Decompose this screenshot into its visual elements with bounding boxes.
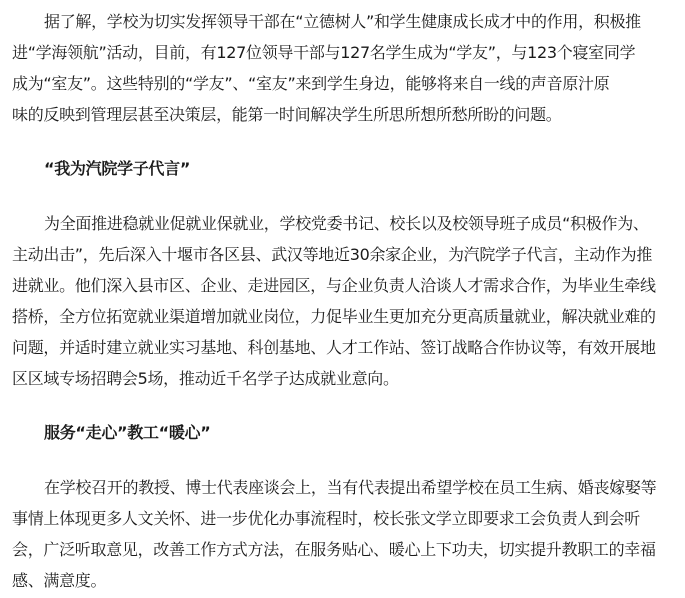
section-heading-student-advocacy: “我为汽院学子代言”: [44, 154, 190, 184]
paragraph-2-line-6: 区区域专场招聘会5场，推动近千名学子达成就业意向。: [12, 364, 399, 394]
paragraph-2-line-3: 进就业。他们深入县市区、企业、走进园区，与企业负责人洽谈人才需求合作，为毕业生牵…: [12, 271, 656, 301]
paragraph-1-line-3: 成为“室友”。这些特别的“学友”、“室友”来到学生身边，能够将来自一线的声音原汁…: [12, 69, 609, 99]
paragraph-3-line-4: 感、满意度。: [12, 566, 106, 596]
paragraph-2-line-1: 为全面推进稳就业促就业保就业，学校党委书记、校长以及校领导班子成员“积极作为、: [44, 209, 649, 239]
section-heading-staff-service: 服务“走心”教工“暖心”: [44, 418, 210, 448]
paragraph-1-line-1: 据了解，学校为切实发挥领导干部在“立德树人”和学生健康成长成才中的作用，积极推: [44, 7, 641, 37]
paragraph-2-line-2: 主动出击”，先后深入十堰市各区县、武汉等地近30余家企业，为汽院学子代言，主动作…: [12, 240, 652, 270]
paragraph-2-line-4: 搭桥，全方位拓宽就业渠道增加就业岗位，力促毕业生更加充分更高质量就业，解决就业难…: [12, 302, 656, 332]
paragraph-3-line-2: 事情上体现更多人文关怀、进一步优化办事流程时，校长张文学立即要求工会负责人到会听: [12, 504, 640, 534]
paragraph-3-line-3: 会，广泛听取意见，改善工作方式方法，在服务贴心、暖心上下功夫，切实提升教职工的幸…: [12, 535, 656, 565]
paragraph-2-line-5: 问题，并适时建立就业实习基地、科创基地、人才工作站、签订战略合作协议等，有效开展…: [12, 333, 656, 363]
paragraph-1-line-2: 进“学海领航”活动，目前，有127位领导干部与127名学生成为“学友”，与123…: [12, 38, 635, 68]
paragraph-3-line-1: 在学校召开的教授、博士代表座谈会上，当有代表提出希望学校在员工生病、婚丧嫁娶等: [44, 473, 656, 503]
paragraph-1-line-4: 味的反映到管理层甚至决策层，能第一时间解决学生所思所想所愁所盼的问题。: [12, 100, 562, 130]
